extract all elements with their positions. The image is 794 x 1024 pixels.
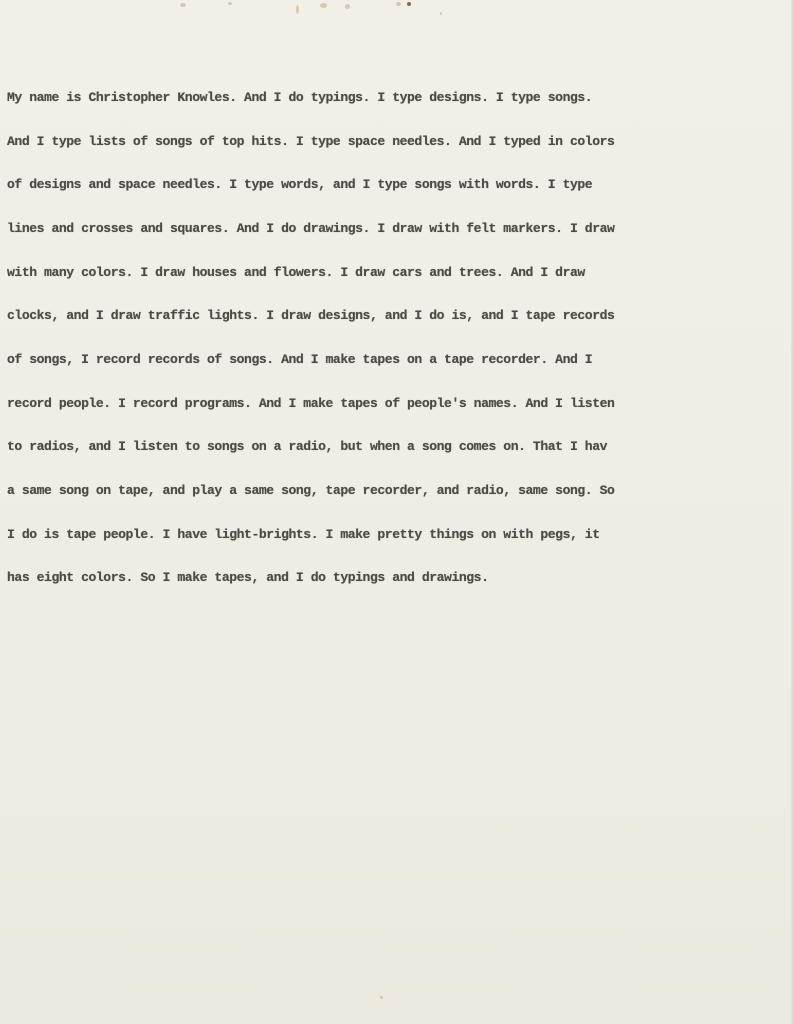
stain-mark <box>407 2 411 6</box>
typed-line: of songs, I record records of songs. And… <box>7 353 794 368</box>
typed-line: a same song on tape, and play a same son… <box>7 484 794 499</box>
typed-line: with many colors. I draw houses and flow… <box>7 266 794 281</box>
stain-mark <box>296 5 299 14</box>
stain-mark <box>320 3 327 8</box>
stain-mark <box>440 12 442 15</box>
stain-mark <box>180 3 186 7</box>
typed-paragraph: My name is Christopher Knowles. And I do… <box>7 62 794 615</box>
typed-line: I do is tape people. I have light-bright… <box>7 528 794 543</box>
typed-line: has eight colors. So I make tapes, and I… <box>7 571 794 586</box>
stain-mark <box>380 996 383 999</box>
typed-line: to radios, and I listen to songs on a ra… <box>7 440 794 455</box>
typed-line: lines and crosses and squares. And I do … <box>7 222 794 237</box>
typed-line: clocks, and I draw traffic lights. I dra… <box>7 309 794 324</box>
typed-line: record people. I record programs. And I … <box>7 397 794 412</box>
stain-mark <box>345 4 350 9</box>
stain-mark <box>396 2 401 6</box>
paper-sheet: My name is Christopher Knowles. And I do… <box>0 0 794 1024</box>
typed-line: of designs and space needles. I type wor… <box>7 178 794 193</box>
stain-mark <box>228 2 232 5</box>
typed-line: My name is Christopher Knowles. And I do… <box>7 91 794 106</box>
typed-line: And I type lists of songs of top hits. I… <box>7 135 794 150</box>
